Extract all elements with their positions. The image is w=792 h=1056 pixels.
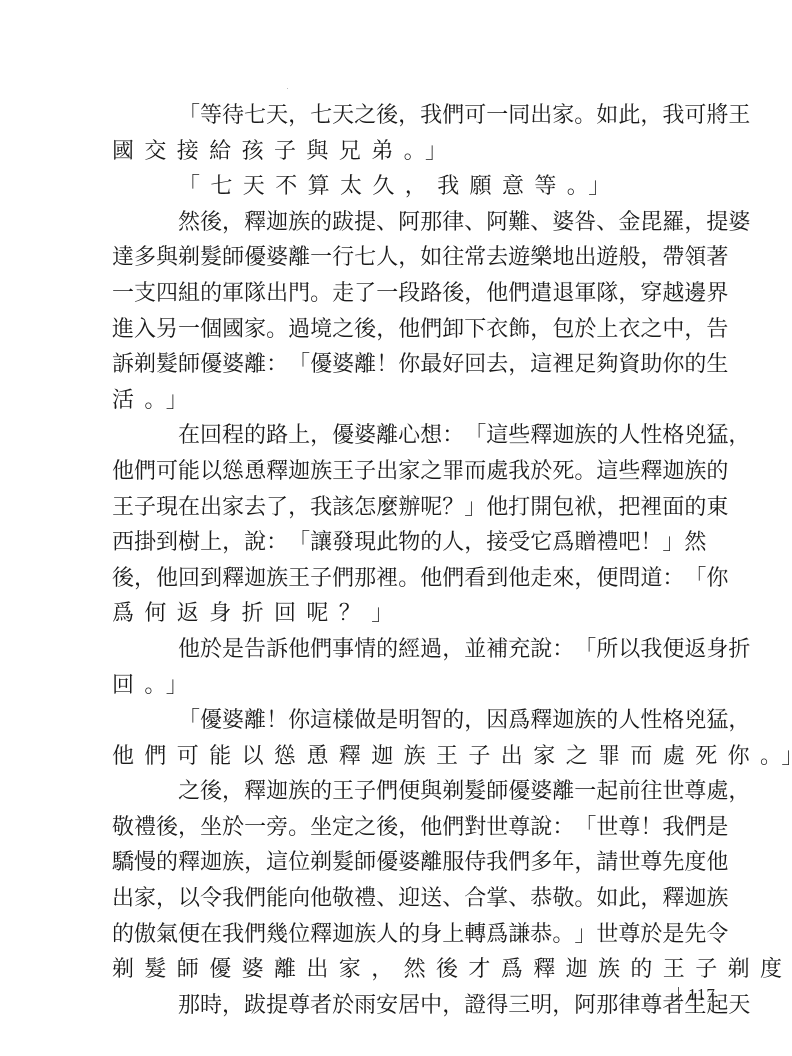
text-line-content: 剃髮師優婆離出家，然後才爲釋迦族的王子剃度。 [112, 952, 792, 988]
text-line-content: 進入另一個國家。過境之後，他們卸下衣飾，包於上衣之中，告 [112, 312, 704, 348]
scan-speck [287, 88, 288, 89]
text-line: 出家，以令我們能向他敬禮、迎送、合掌、恭敬。如此，釋迦族 [112, 881, 704, 917]
text-line: 後，他回到釋迦族王子們那裡。他們看到他走來，便問道：「你 [112, 561, 704, 597]
text-line: 之後，釋迦族的王子們便與剃髮師優婆離一起前往世尊處， [112, 774, 704, 810]
text-line-content: 回。」 [112, 668, 198, 704]
text-line: 「等待七天，七天之後，我們可一同出家。如此，我可將王 [112, 98, 704, 134]
text-line-content: 王子現在出家去了，我該怎麼辦呢？」他打開包袱，把裡面的東 [112, 490, 704, 526]
text-line-content: 國交接給孩子與兄弟。」 [112, 134, 457, 170]
text-line: 達多與剃髮師優婆離一行七人，如往常去遊樂地出遊般，帶領著 [112, 240, 704, 276]
text-line: 然後，釋迦族的跋提、阿那律、阿難、婆咎、金毘羅，提婆 [112, 205, 704, 241]
text-line: 進入另一個國家。過境之後，他們卸下衣飾，包於上衣之中，告 [112, 312, 704, 348]
page-body: 「等待七天，七天之後，我們可一同出家。如此，我可將王國交接給孩子與兄弟。」「七天… [112, 98, 704, 1023]
text-line-content: 他們可能以慫恿釋迦族王子出家之罪而處死你。」 [112, 739, 792, 775]
text-line-content: 訴剃髮師優婆離：「優婆離！你最好回去，這裡足夠資助你的生 [112, 347, 704, 383]
text-line-content: 「等待七天，七天之後，我們可一同出家。如此，我可將王 [178, 98, 704, 134]
text-line: 國交接給孩子與兄弟。」 [112, 134, 704, 170]
text-line: 王子現在出家去了，我該怎麼辦呢？」他打開包袱，把裡面的東 [112, 490, 704, 526]
text-line: 的傲氣便在我們幾位釋迦族人的身上轉爲謙恭。」世尊於是先令 [112, 917, 704, 953]
text-line-content: 爲何返身折回呢？」 [112, 596, 404, 632]
page-number-text: 117 [688, 985, 716, 1004]
text-line-content: 之後，釋迦族的王子們便與剃髮師優婆離一起前往世尊處， [178, 774, 704, 810]
text-line-content: 他於是告訴他們事情的經過，並補充說：「所以我便返身折 [178, 632, 704, 668]
text-line-content: 「優婆離！你這樣做是明智的，因爲釋迦族的人性格兇猛， [178, 703, 704, 739]
text-line-content: 在回程的路上，優婆離心想：「這些釋迦族的人性格兇猛， [178, 418, 704, 454]
text-line-content: 那時，跋提尊者於雨安居中，證得三明，阿那律尊者生起天 [178, 988, 704, 1024]
text-line: 剃髮師優婆離出家，然後才爲釋迦族的王子剃度。 [112, 952, 704, 988]
text-line: 「七天不算太久，我願意等。」 [112, 169, 704, 205]
text-line: 「優婆離！你這樣做是明智的，因爲釋迦族的人性格兇猛， [112, 703, 704, 739]
text-line: 他於是告訴他們事情的經過，並補充說：「所以我便返身折 [112, 632, 704, 668]
text-line: 敬禮後，坐於一旁。坐定之後，他們對世尊說：「世尊！我們是 [112, 810, 704, 846]
text-line-content: 驕慢的釋迦族，這位剃髮師優婆離服侍我們多年，請世尊先度他 [112, 845, 704, 881]
text-line: 他們可能以慫恿釋迦族王子出家之罪而處死你。」 [112, 739, 704, 775]
text-line: 那時，跋提尊者於雨安居中，證得三明，阿那律尊者生起天 [112, 988, 704, 1024]
text-line: 活。」 [112, 383, 704, 419]
text-line-content: 敬禮後，坐於一旁。坐定之後，他們對世尊說：「世尊！我們是 [112, 810, 704, 846]
text-line-content: 出家，以令我們能向他敬禮、迎送、合掌、恭敬。如此，釋迦族 [112, 881, 704, 917]
text-line-content: 他們可能以慫恿釋迦族王子出家之罪而處我於死。這些釋迦族的 [112, 454, 704, 490]
text-line: 他們可能以慫恿釋迦族王子出家之罪而處我於死。這些釋迦族的 [112, 454, 704, 490]
text-line-content: 西掛到樹上，說：「讓發現此物的人，接受它爲贈禮吧！」然 [112, 525, 704, 561]
page-number: 117 [678, 985, 716, 1005]
text-line-content: 的傲氣便在我們幾位釋迦族人的身上轉爲謙恭。」世尊於是先令 [112, 917, 704, 953]
text-line: 回。」 [112, 668, 704, 704]
text-line-content: 達多與剃髮師優婆離一行七人，如往常去遊樂地出遊般，帶領著 [112, 240, 704, 276]
text-line: 西掛到樹上，說：「讓發現此物的人，接受它爲贈禮吧！」然 [112, 525, 704, 561]
text-line-content: 活。」 [112, 383, 198, 419]
folio-divider [678, 987, 679, 1002]
text-line-content: 後，他回到釋迦族王子們那裡。他們看到他走來，便問道：「你 [112, 561, 704, 597]
text-line: 在回程的路上，優婆離心想：「這些釋迦族的人性格兇猛， [112, 418, 704, 454]
text-line: 驕慢的釋迦族，這位剃髮師優婆離服侍我們多年，請世尊先度他 [112, 845, 704, 881]
text-line: 爲何返身折回呢？」 [112, 596, 704, 632]
text-line-content: 「七天不算太久，我願意等。」 [178, 169, 621, 205]
text-line-content: 一支四組的軍隊出門。走了一段路後，他們遣退軍隊，穿越邊界 [112, 276, 704, 312]
text-line-content: 然後，釋迦族的跋提、阿那律、阿難、婆咎、金毘羅，提婆 [178, 205, 704, 241]
text-line: 一支四組的軍隊出門。走了一段路後，他們遣退軍隊，穿越邊界 [112, 276, 704, 312]
text-line: 訴剃髮師優婆離：「優婆離！你最好回去，這裡足夠資助你的生 [112, 347, 704, 383]
